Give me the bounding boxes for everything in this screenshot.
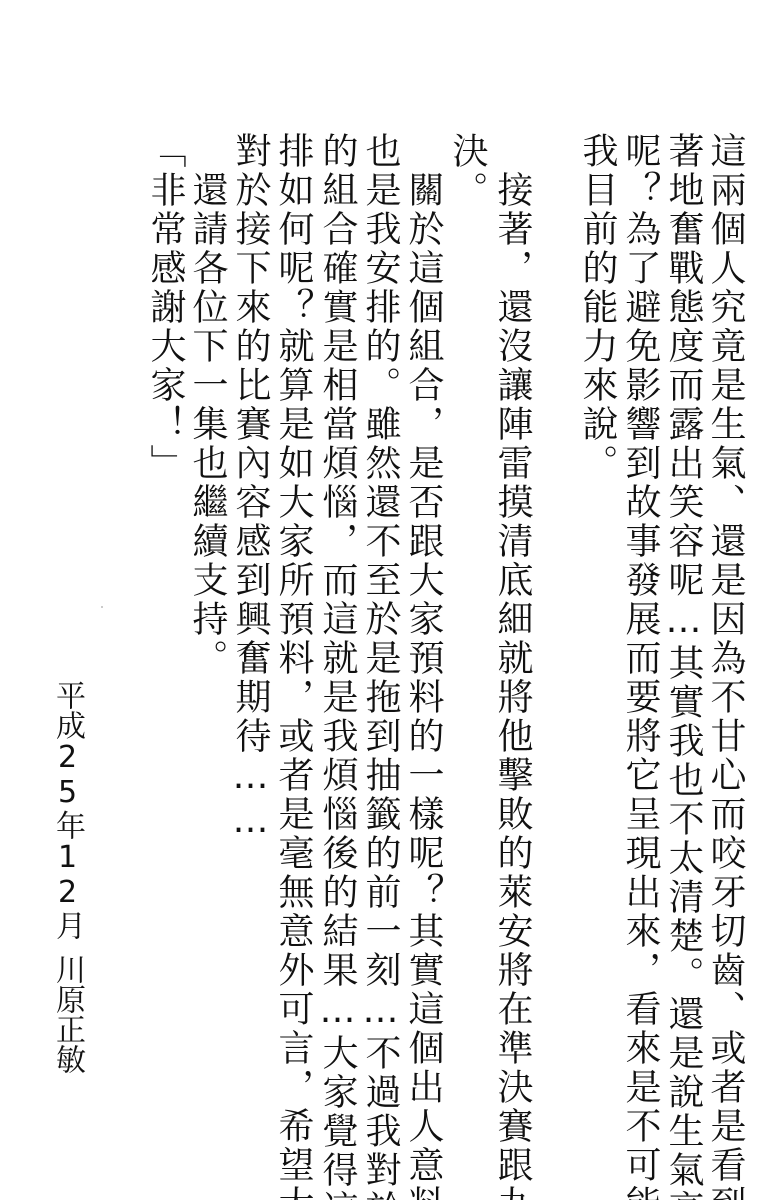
text-column-12: 對於接下來的比賽內容感到興奮期待……: [230, 132, 270, 1092]
text-column-7: 決。: [447, 132, 487, 1092]
text-column-8: 關於這個組合，是否跟大家預料的一樣呢？其實這個出人意料的組合: [403, 132, 443, 1092]
text-column-14-thanks: 「非常感謝大家！」: [145, 132, 185, 1092]
text-column-13: 還請各位下一集也繼續支持。: [187, 132, 227, 1092]
text-column-2: 著地奮戰態度而露出笑容呢…其實我也不太清楚。還是說生氣高興都有: [663, 132, 703, 1092]
text-column-10: 的組合確實是相當煩惱，而這就是我煩惱後的結果…大家覺得這樣的安: [317, 132, 357, 1092]
text-column-1: 這兩個人究竟是生氣、還是因為不甘心而咬牙切齒、或者是看到陣雷執: [705, 132, 745, 1092]
text-column-4: 我目前的能力來說。: [577, 132, 617, 1092]
signature-date: 平成25年12月: [48, 680, 84, 940]
signature-author: 川原正敏: [48, 954, 84, 1074]
text-column-11: 排如何呢？就算是如大家所預料，或者是毫無意外可言，希望大家能夠: [273, 132, 313, 1092]
text-column-5-blank: [534, 132, 574, 1092]
text-column-9: 也是我安排的。雖然還不至於是拖到抽籤的前一刻…不過我對於準決賽: [360, 132, 400, 1092]
scan-speck: [101, 606, 103, 608]
text-column-6: 接著，還沒讓陣雷摸清底細就將他擊敗的萊安將在準決賽跟九十九對: [492, 132, 532, 1092]
afterword-page: 這兩個人究竟是生氣、還是因為不甘心而咬牙切齒、或者是看到陣雷執 著地奮戰態度而露…: [0, 0, 780, 1200]
text-column-3: 呢？為了避免影響到故事發展而要將它呈現出來，看來是不可能的。以: [620, 132, 660, 1092]
